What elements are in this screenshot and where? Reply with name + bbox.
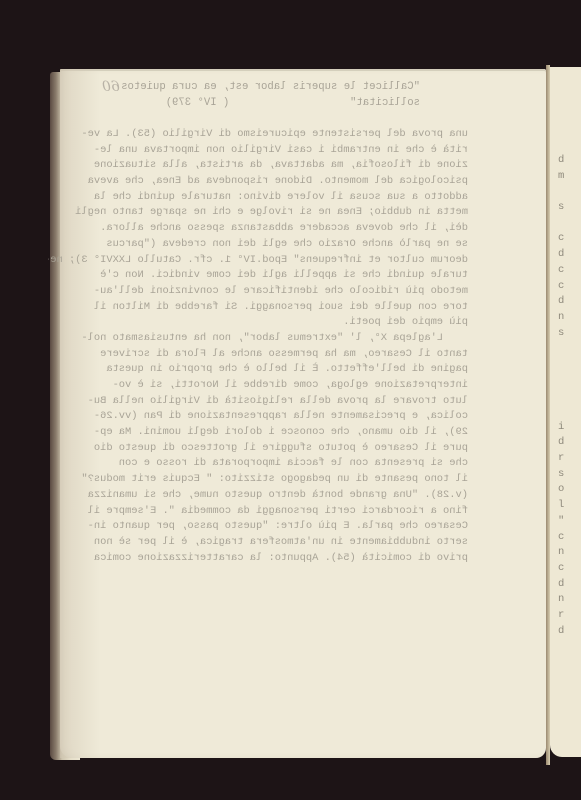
text-line: pure il Cesareo è potuto sfuggire il gro… [48,441,468,457]
text-line: interpretazione egloga, come direbbe il … [48,378,468,394]
text-line: addotto a sua scusa il volere divino: na… [48,190,468,206]
facing-letter: c [558,263,578,279]
facing-letter: s [558,200,578,216]
heading-line: sollicitat" ( IV° 379) [90,96,420,112]
text-line: 29), il dio umano, che conosce i dolori … [48,425,468,441]
text-line: psicologica del momento. Didone risponde… [48,174,468,190]
text-line: il tono pesante di un pedagogo stizzito:… [48,472,468,488]
facing-letter: d [558,577,578,593]
facing-letter: o [558,482,578,498]
facing-letter: d [558,435,578,451]
facing-letter: n [558,545,578,561]
facing-letter: l [558,498,578,514]
facing-letter: d [558,247,578,263]
facing-letter: m [558,169,578,185]
text-line: metta in dubbio; Enea ne si rivolge e ch… [48,205,468,221]
facing-letter: d [558,153,578,169]
facing-letter [558,357,578,373]
text-line: che si presenta con le faccia imporporat… [48,456,468,472]
facing-letter: s [558,326,578,342]
text-line: rità è che in entrambi i casi Virgilio n… [48,143,468,159]
facing-letter: r [558,451,578,467]
text-line: zione di filosofia, ma adattava, da arti… [48,158,468,174]
facing-letter: n [558,592,578,608]
facing-letter [558,341,578,357]
text-line: tanto il Cesareo, ma ha permesso anche a… [48,347,468,363]
text-line: se ne parlò anche Orazio che egli dei no… [48,237,468,253]
facing-letter [558,184,578,200]
facing-letter: d [558,294,578,310]
text-line: tore con quelle dei suoi personaggi. Si … [48,300,468,316]
facing-letter: d [558,624,578,640]
text-line: privo di comicità (54). Appunto: la cara… [48,551,468,567]
facing-letter: r [558,608,578,624]
facing-letter [558,388,578,404]
text-line: deorum cultor et infrequens" Epod.IV° 1.… [48,253,468,269]
facing-letter: c [558,530,578,546]
text-line: colica, e precisamente nella rappresenta… [48,409,468,425]
text-line: dèi, il che doveva accadere abbastanza s… [48,221,468,237]
facing-letter: s [558,467,578,483]
facing-letter: " [558,514,578,530]
text-line: fino a ricordarci certi personaggi da co… [48,504,468,520]
text-line: più empio dei poeti. [48,315,468,331]
facing-letter: c [558,231,578,247]
text-line: (v.28). "Una grande bontà dentro questo … [48,488,468,504]
heading-quote: "Callicet le superis labor est, ea cura … [90,80,420,111]
facing-letter: c [558,279,578,295]
facing-letter [558,216,578,232]
facing-letter: n [558,310,578,326]
facing-page: d m s c d c c d n s i d r s o l " c n c … [550,67,581,757]
facing-letter [558,373,578,389]
text-line: pagine di bell'effetto. È il bello è che… [48,362,468,378]
text-line: serto indubbiamente in un'atmosfera trag… [48,535,468,551]
text-line: luto trovare la prova della religiosità … [48,394,468,410]
heading-line: "Callicet le superis labor est, ea cura … [90,80,420,96]
facing-page-letters: d m s c d c c d n s i d r s o l " c n c … [558,153,578,639]
text-line: Cesareo che parla. E più oltre: "questo … [48,519,468,535]
text-line: L'aglepa X°, l' "extremus labor", non ha… [48,331,468,347]
text-line: turale quindi che si appelli agli dei co… [48,268,468,284]
facing-letter [558,404,578,420]
text-line: metodo più ridicolo che identificare le … [48,284,468,300]
facing-letter: i [558,420,578,436]
facing-letter: c [558,561,578,577]
text-line: una prova del persistente epicureismo di… [48,127,468,143]
body-text: una prova del persistente epicureismo di… [48,127,468,566]
